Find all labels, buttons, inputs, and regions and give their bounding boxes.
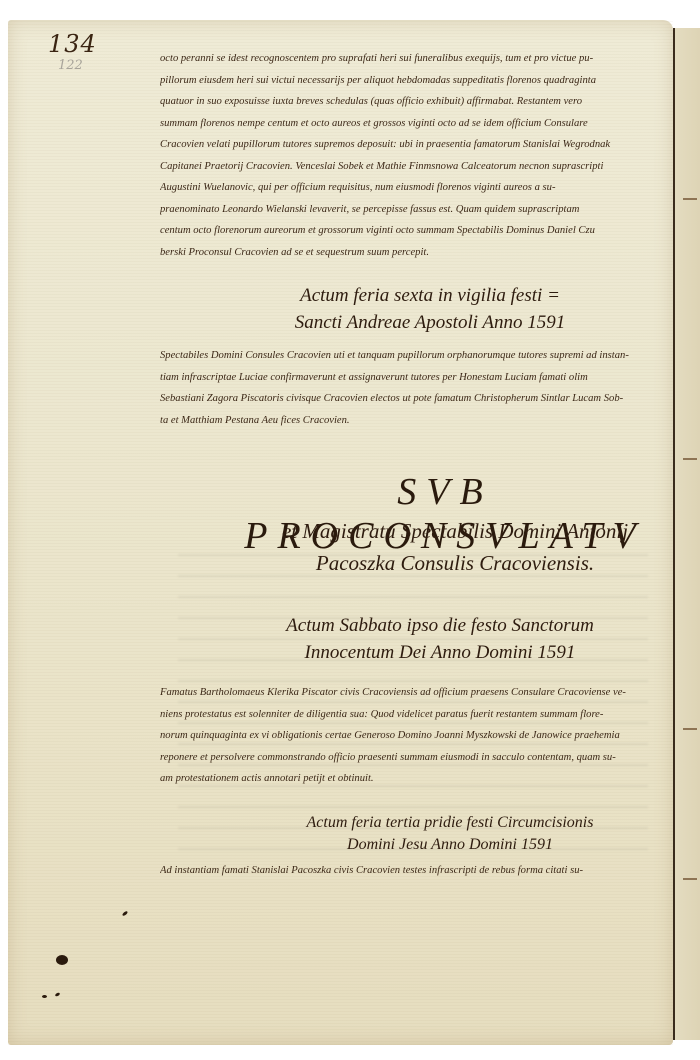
text-line: pillorum eiusdem heri sui victui necessa… xyxy=(160,70,670,92)
text-line: niens protestatus est solenniter de dili… xyxy=(160,704,670,726)
heading-line: Actum feria sexta in vigilia festi = xyxy=(230,282,630,309)
text-line: Spectabiles Domini Consules Cracovien ut… xyxy=(160,345,670,367)
paragraph-3: Famatus Bartholomaeus Klerika Piscator c… xyxy=(160,682,670,790)
heading-line: Domini Jesu Anno Domini 1591 xyxy=(260,834,640,856)
text-line: am protestationem actis annotari petijt … xyxy=(160,768,670,790)
text-line: Sebastiani Zagora Piscatoris civisque Cr… xyxy=(160,388,670,410)
text-line: Capitanei Praetorij Cracovien. Venceslai… xyxy=(160,156,670,178)
text-line: summam florenos nempe centum et octo aur… xyxy=(160,113,670,135)
adjacent-page-edge xyxy=(673,28,700,1040)
heading-line: Innocentum Dei Anno Domini 1591 xyxy=(240,639,640,666)
subtitle-line: Pacoszka Consulis Cracoviensis. xyxy=(240,547,670,579)
text-line: berski Proconsul Cracovien ad se et sequ… xyxy=(160,242,670,264)
text-line: Cracovien velati pupillorum tutores supr… xyxy=(160,134,670,156)
text-line: norum quinquaginta ex vi obligationis ce… xyxy=(160,725,670,747)
text-line: praenominato Leonardo Wielanski levaveri… xyxy=(160,199,670,221)
section-subtitle: et Magistratu Spectabilis Domini Antonij… xyxy=(240,515,670,579)
text-line: reponere et persolvere commonstrando off… xyxy=(160,747,670,769)
text-line: quatuor in suo exposuisse iuxta breves s… xyxy=(160,91,670,113)
heading-actum-1: Actum feria sexta in vigilia festi = San… xyxy=(230,282,630,336)
heading-line: Sancti Andreae Apostoli Anno 1591 xyxy=(230,309,630,336)
old-folio-number: 122 xyxy=(58,58,83,73)
text-line: Famatus Bartholomaeus Klerika Piscator c… xyxy=(160,682,670,704)
heading-line: Actum Sabbato ipso die festo Sanctorum xyxy=(240,612,640,639)
paragraph-2: Spectabiles Domini Consules Cracovien ut… xyxy=(160,345,670,431)
text-line: octo peranni se idest recognoscentem pro… xyxy=(160,48,670,70)
text-line: tiam infrascriptae Luciae confirmaverunt… xyxy=(160,367,670,389)
heading-actum-2: Actum Sabbato ipso die festo Sanctorum I… xyxy=(240,612,640,666)
heading-actum-3: Actum feria tertia pridie festi Circumci… xyxy=(260,812,640,856)
text-line: ta et Matthiam Pestana Aeu fices Cracovi… xyxy=(160,410,670,432)
ink-spot xyxy=(42,995,47,998)
subtitle-line: et Magistratu Spectabilis Domini Antonij xyxy=(240,515,670,547)
text-line: Ad instantiam famati Stanislai Pacoszka … xyxy=(160,860,670,882)
text-line: Augustini Wuelanovic, qui per officium r… xyxy=(160,177,670,199)
folio-number: 134 xyxy=(48,30,97,58)
heading-line: Actum feria tertia pridie festi Circumci… xyxy=(260,812,640,834)
text-line: centum octo florenorum aureorum et gross… xyxy=(160,220,670,242)
ink-blot xyxy=(56,955,68,965)
paragraph-1: octo peranni se idest recognoscentem pro… xyxy=(160,48,670,263)
paragraph-4: Ad instantiam famati Stanislai Pacoszka … xyxy=(160,860,670,882)
